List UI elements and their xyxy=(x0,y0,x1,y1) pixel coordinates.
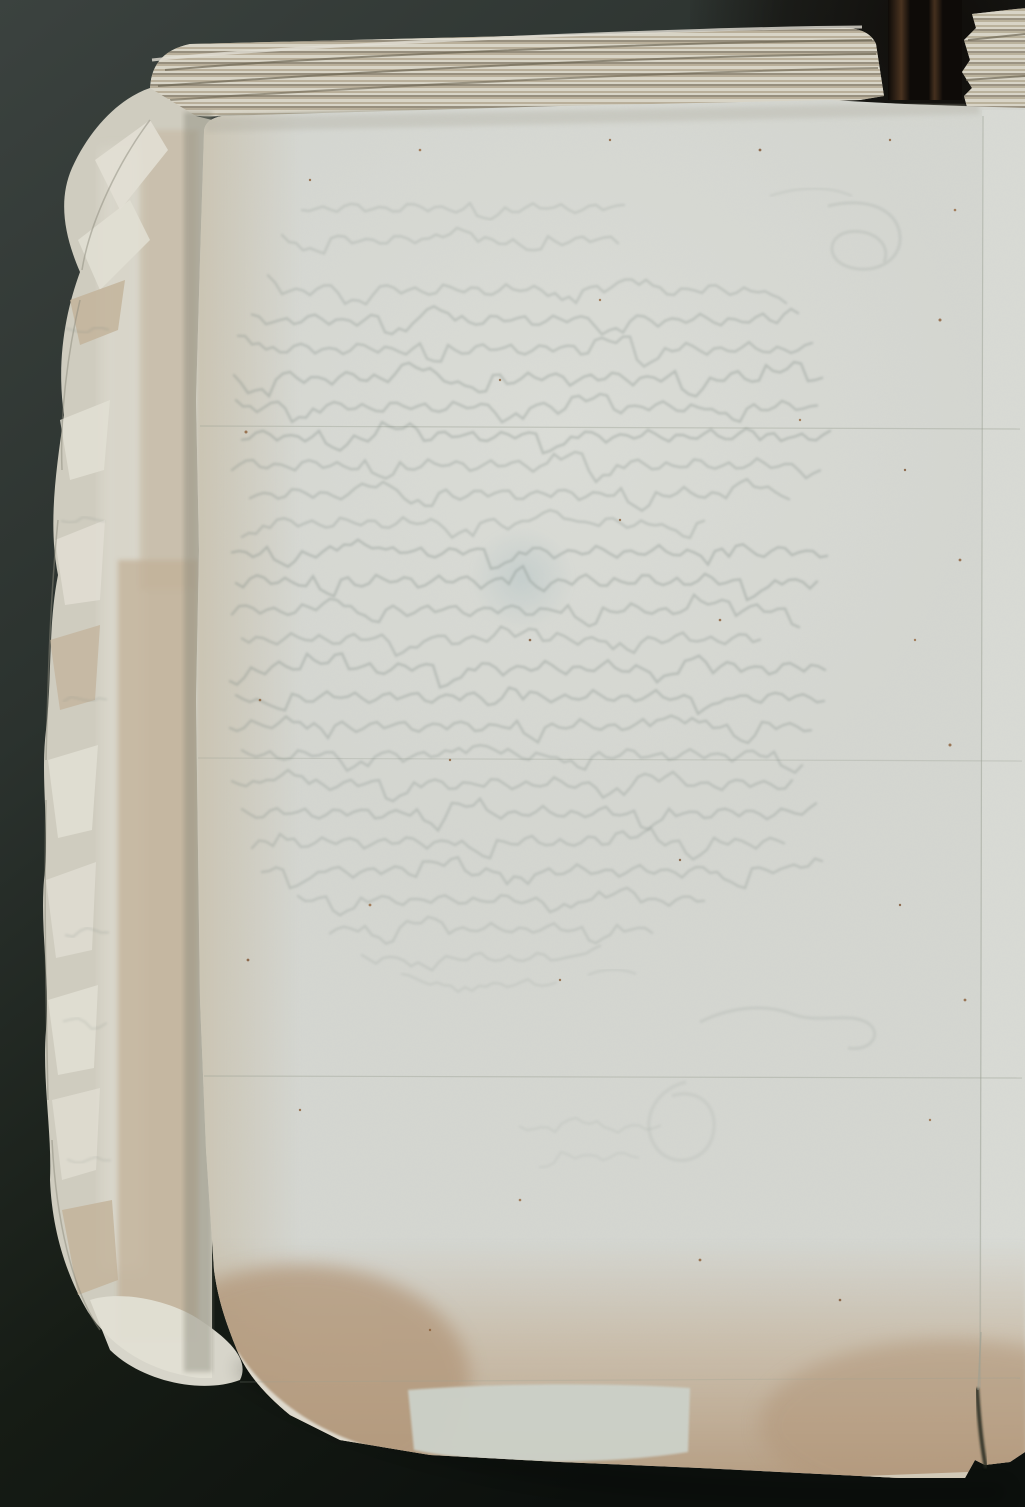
binding-strap xyxy=(888,0,962,100)
photo-of-manuscript xyxy=(0,0,1025,1507)
manuscript-page xyxy=(130,95,1025,1507)
blue-ink-stain xyxy=(470,526,574,630)
repair-tissue-patch xyxy=(408,1384,690,1461)
left-margin-stain xyxy=(196,100,306,1390)
scene-svg xyxy=(0,0,1025,1507)
page-center-sheen xyxy=(196,100,1025,1200)
